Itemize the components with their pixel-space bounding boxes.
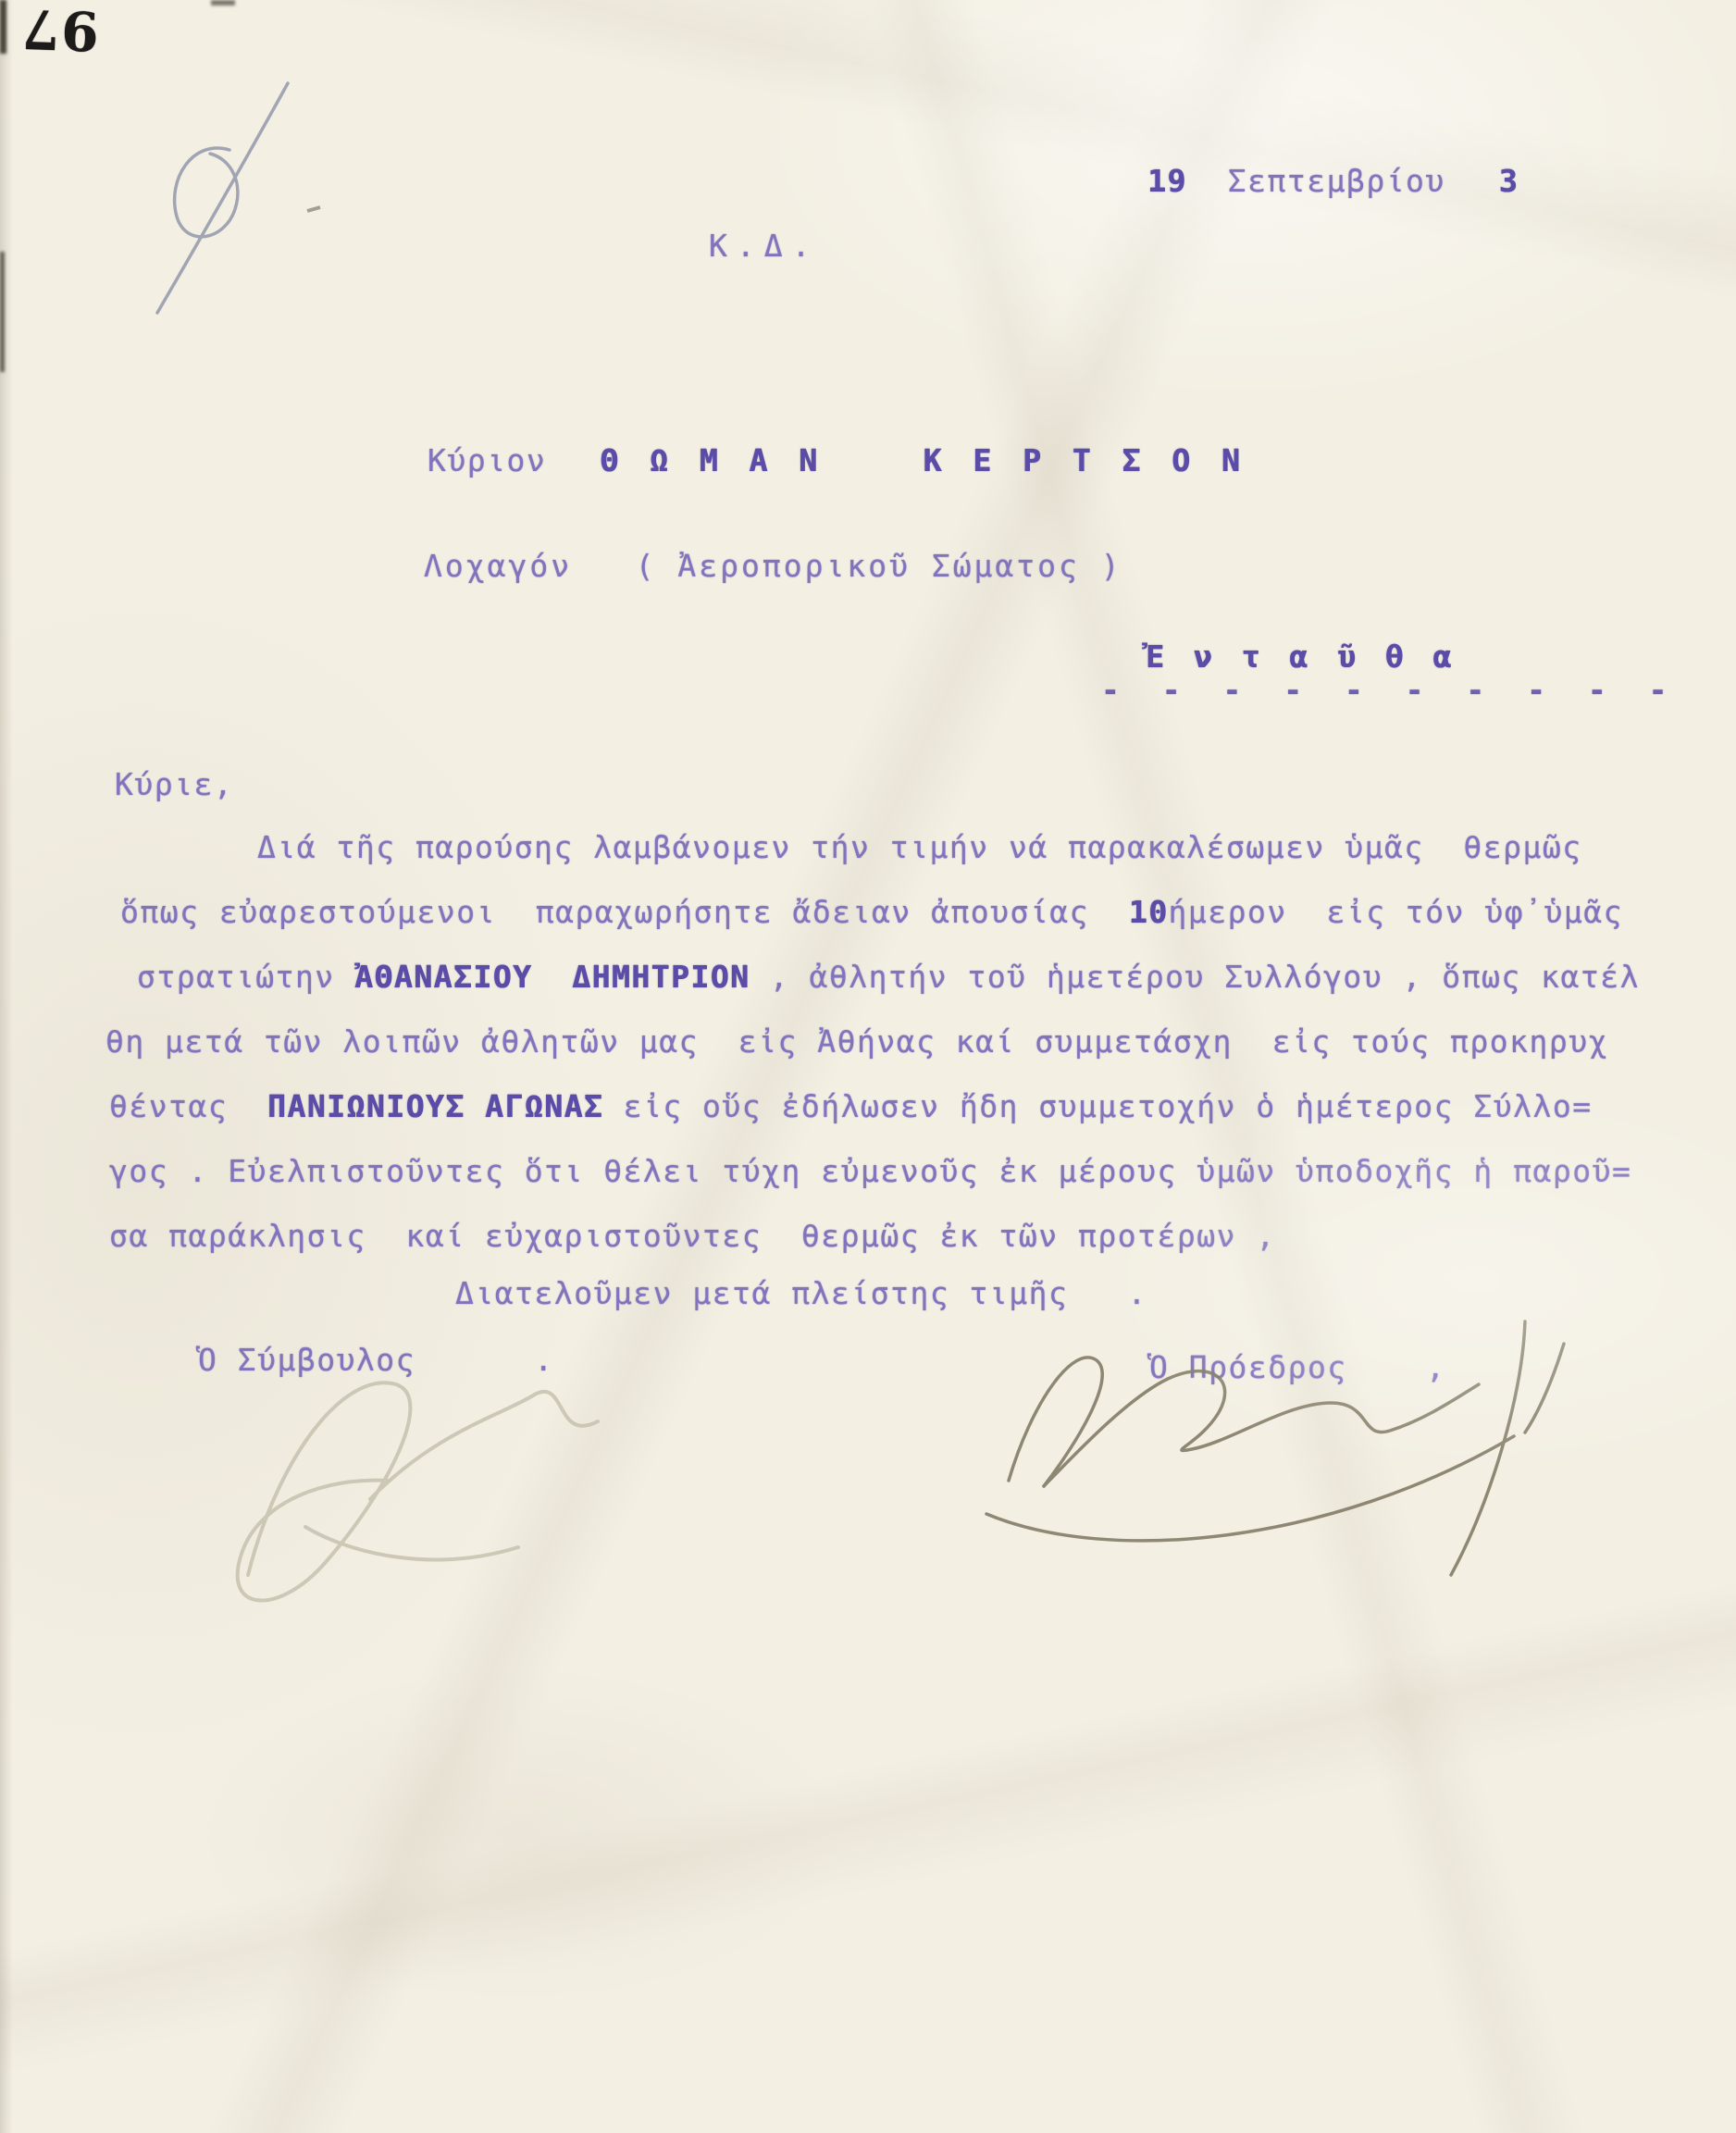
body-line-4: θη μετά τῶν λοιπῶν ἀθλητῶν μας εἰς Ἀθήνα… <box>105 1023 1608 1060</box>
protocol-initials: Κ.Δ. <box>709 228 819 264</box>
scan-edge-artifact <box>0 0 6 54</box>
pencil-annotation-mark <box>0 0 1736 2133</box>
addressee-location: Ἐ ν τ α ῦ θ α <box>1146 639 1457 675</box>
body-line-1: Διά τῆς παρούσης λαμβάνομεν τήν τιμήν νά… <box>257 829 1582 865</box>
leave-days-number: 10 <box>1129 894 1169 930</box>
addressee-title: Κύριον <box>428 442 546 478</box>
body-line-2-text: ὅπως εὐαρεστούμενοι παραχωρήσητε ἄδειαν … <box>120 894 1129 930</box>
scan-edge-artifact <box>0 252 5 372</box>
body-line-3-rest: , ἀθλητήν τοῦ ἡμετέρου Συλλόγου , ὅπως κ… <box>750 959 1640 995</box>
date-day: 19 <box>1147 163 1187 199</box>
letter-page: 97 19Σεπτεμβρίου3 Κ.Δ. ΚύριονΘ Ω Μ Α Ν Κ… <box>0 0 1736 2133</box>
date-line: 19Σεπτεμβρίου3 <box>1147 163 1519 199</box>
closing-formula: Διατελοῦμεν μετά πλείστης τιμῆς . <box>455 1275 1147 1311</box>
date-month: Σεπτεμβρίου <box>1228 163 1445 199</box>
addressee-name-line: ΚύριονΘ Ω Μ Α Ν Κ Ε Ρ Τ Σ Ο Ν <box>428 442 1246 478</box>
games-name: ΠΑΝΙΩΝΙΟΥΣ ΑΓΩΝΑΣ <box>267 1088 603 1124</box>
body-line-6: γος . Εὐελπιστοῦντες ὅτι θέλει τύχη εὐμε… <box>109 1153 1631 1189</box>
athlete-name: ἈΘΑΝΑΣΙΟΥ ΔΗΜΗΤΡΙΟΝ <box>354 959 750 995</box>
addressee-rank-line: Λοχαγόν ( Ἀεροπορικοῦ Σώματος ) <box>424 548 1122 584</box>
body-line-5-text: θέντας <box>109 1088 267 1124</box>
date-year: 3 <box>1499 163 1519 199</box>
body-line-5: θέντας ΠΑΝΙΩΝΙΟΥΣ ΑΓΩΝΑΣ εἰς οὕς ἐδήλωσε… <box>109 1088 1593 1124</box>
body-line-7: σα παράκλησις καί εὐχαριστοῦντες θερμῶς … <box>109 1218 1276 1254</box>
salutation: Κύριε, <box>115 766 233 802</box>
location-dashed-underline: - - - - - - - - - - <box>1101 672 1680 708</box>
body-line-3-text: στρατιώτην <box>137 959 354 995</box>
body-line-5-rest: εἰς οὕς ἐδήλωσεν ἤδη συμμετοχήν ὁ ἡμέτερ… <box>603 1088 1592 1124</box>
page-number-stamp: 97 <box>19 0 100 62</box>
body-line-3: στρατιώτην ἈΘΑΝΑΣΙΟΥ ΔΗΜΗΤΡΙΟΝ , ἀθλητήν… <box>137 959 1640 995</box>
scan-edge-artifact <box>211 0 235 6</box>
councilor-signature <box>0 0 1736 2133</box>
councilor-title: Ὁ Σύμβουλος . <box>198 1342 554 1378</box>
body-line-2: ὅπως εὐαρεστούμενοι παραχωρήσητε ἄδειαν … <box>120 894 1623 930</box>
president-signature <box>0 0 1736 2133</box>
president-title: Ὁ Πρόεδρος , <box>1149 1349 1446 1385</box>
addressee-name: Θ Ω Μ Α Ν Κ Ε Ρ Τ Σ Ο Ν <box>600 442 1246 478</box>
body-line-2-rest: ήμερον εἰς τόν ὑφ᾽ὑμᾶς <box>1169 894 1623 930</box>
